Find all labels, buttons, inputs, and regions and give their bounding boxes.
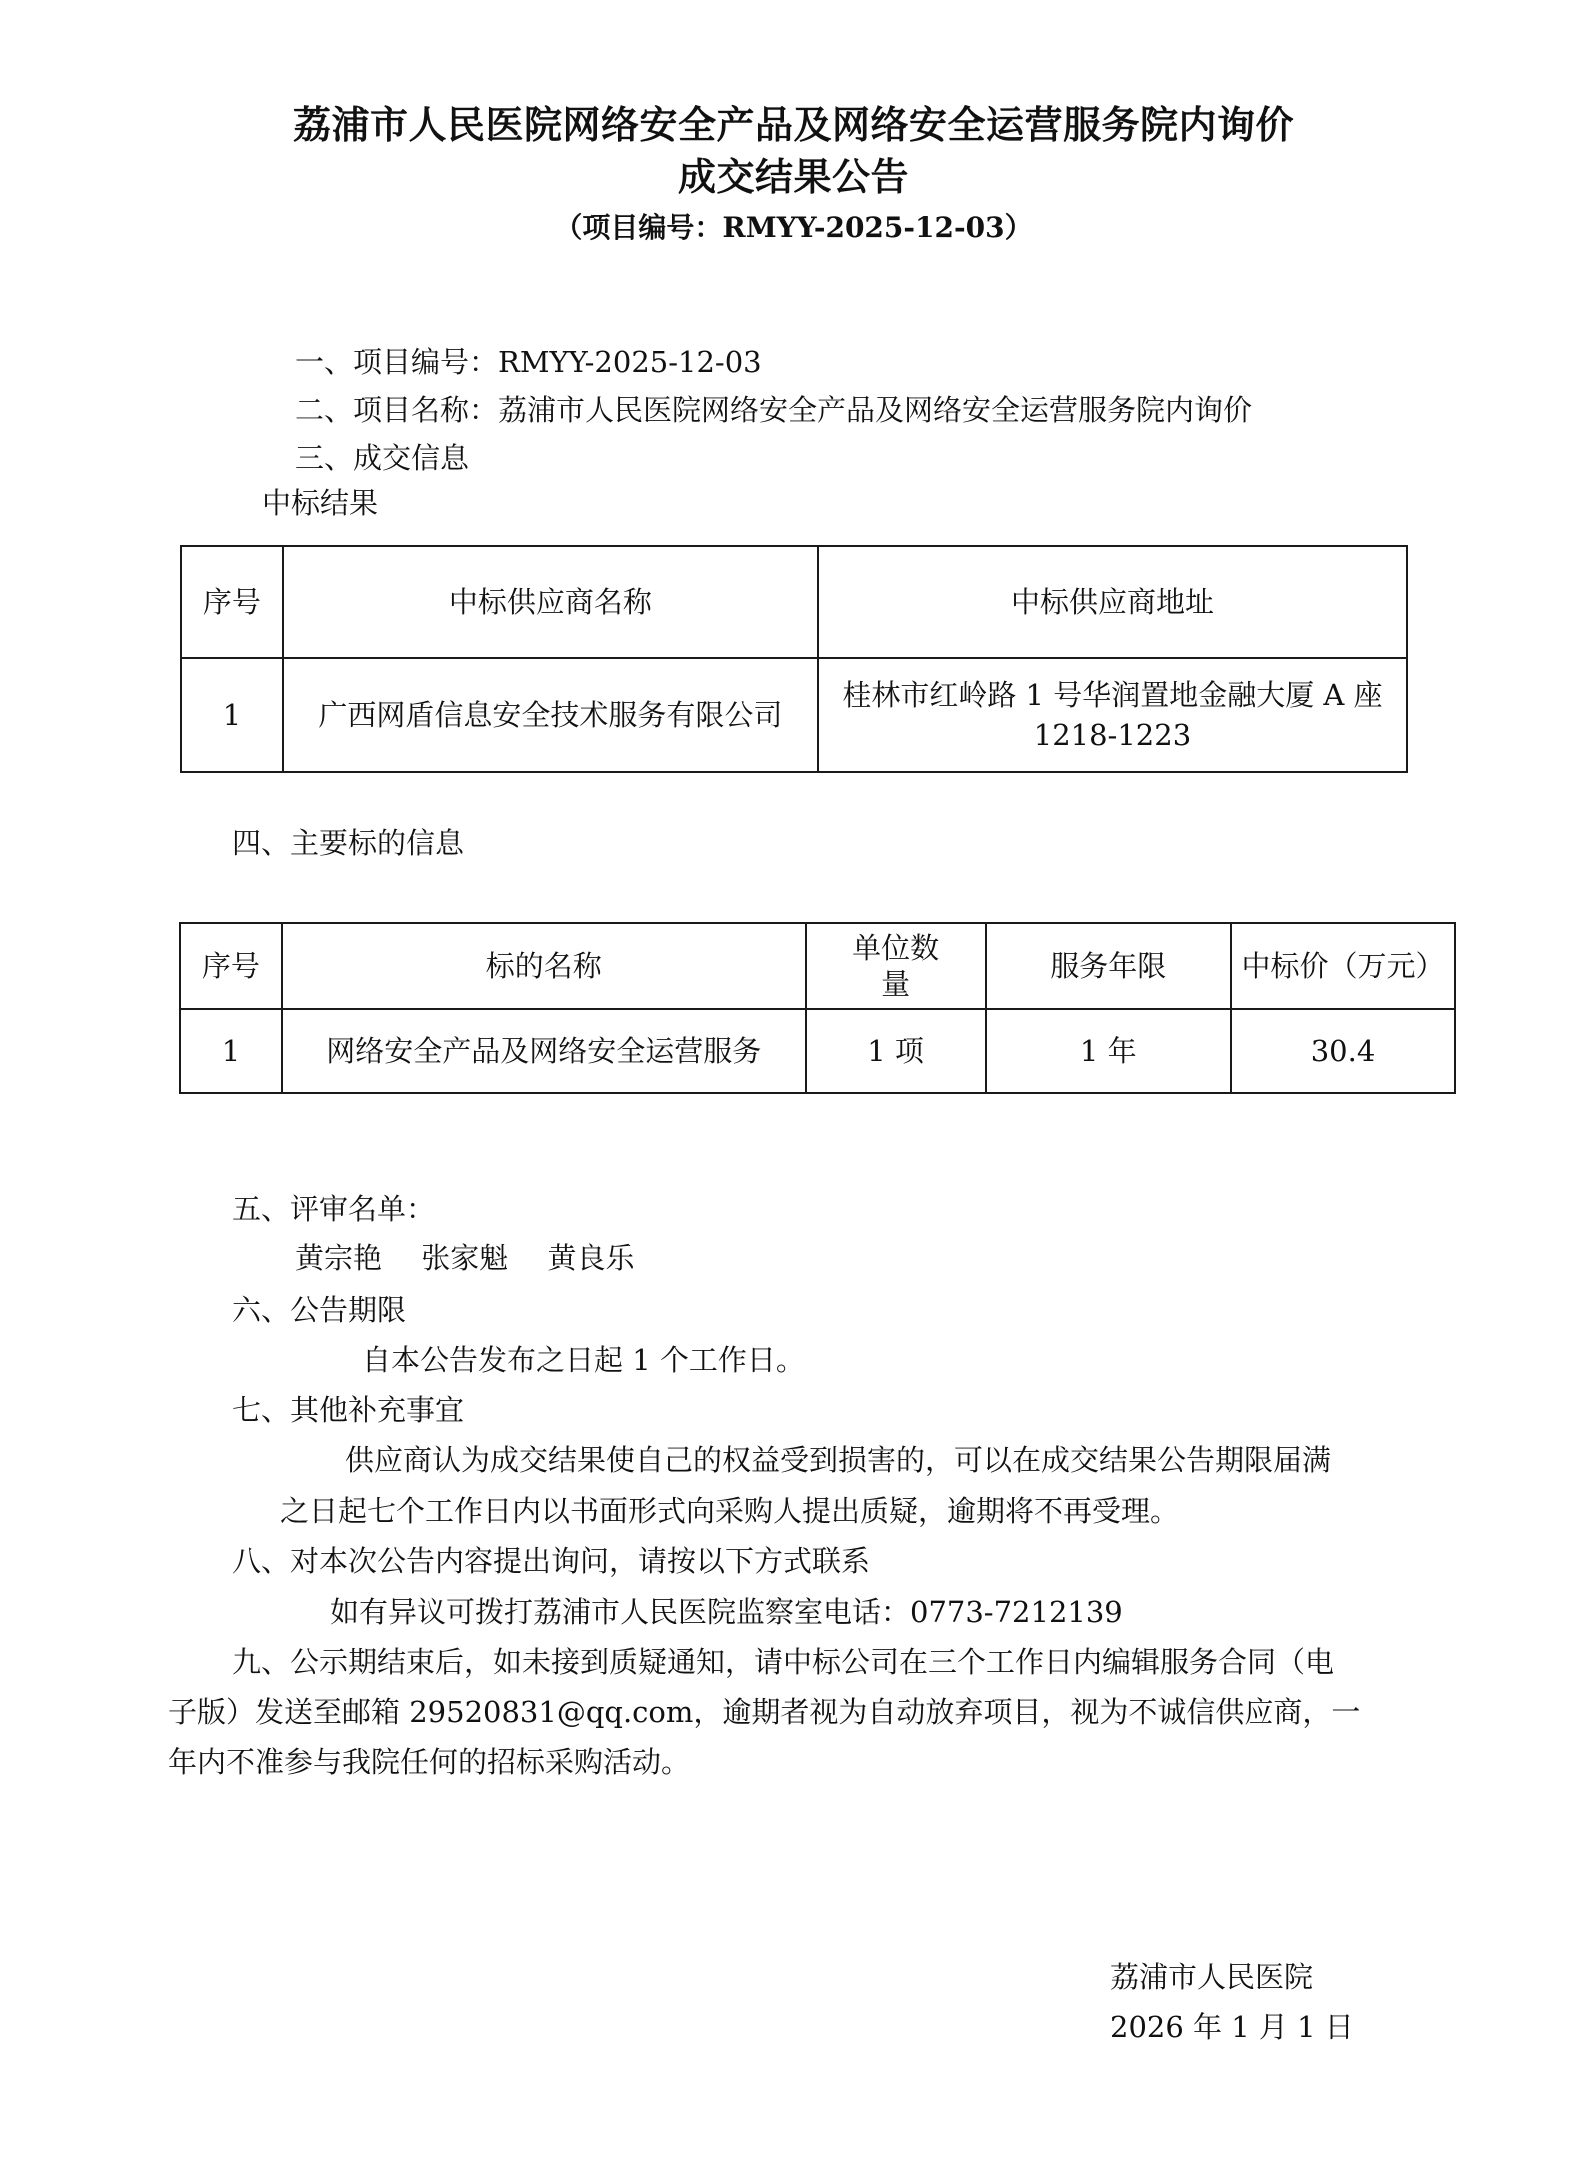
section-other-matters: 七、其他补充事宜 <box>232 1390 464 1430</box>
notice-period-body: 自本公告发布之日起 1 个工作日。 <box>362 1340 805 1380</box>
item-table: 序号 标的名称 单位数量 服务年限 中标价（万元） 1 网络安全产品及网络安全运… <box>179 922 1456 1094</box>
document-title-line1: 荔浦市人民医院网络安全产品及网络安全运营服务院内询价 <box>0 100 1587 150</box>
table-header-row: 序号 标的名称 单位数量 服务年限 中标价（万元） <box>180 923 1455 1009</box>
reviewer-name: 黄宗艳 <box>295 1241 382 1275</box>
cell-item-name: 网络安全产品及网络安全运营服务 <box>282 1009 806 1093</box>
signature-org: 荔浦市人民医院 <box>1110 1957 1313 1997</box>
header-cell-service-years: 服务年限 <box>986 923 1232 1009</box>
inquiry-contact-body: 如有异议可拨打荔浦市人民医院监察室电话：0773-7212139 <box>330 1592 1123 1632</box>
header-cell-index: 序号 <box>180 923 282 1009</box>
section-notice-period: 六、公告期限 <box>232 1290 406 1330</box>
reviewer-name: 黄良乐 <box>547 1241 634 1275</box>
cell-index: 1 <box>181 658 283 772</box>
table-row: 1 广西网盾信息安全技术服务有限公司 桂林市红岭路 1 号华润置地金融大厦 A … <box>181 658 1407 772</box>
section-main-items: 四、主要标的信息 <box>232 823 464 863</box>
section-project-code: 一、项目编号：RMYY-2025-12-03 <box>295 342 762 382</box>
header-cell-supplier-name: 中标供应商名称 <box>283 546 818 658</box>
other-matters-body-line1: 供应商认为成交结果使自己的权益受到损害的，可以在成交结果公告期限届满 <box>345 1440 1331 1480</box>
header-cell-item-name: 标的名称 <box>282 923 806 1009</box>
reviewer-names: 黄宗艳 张家魁 黄良乐 <box>295 1238 634 1278</box>
cell-service-years: 1 年 <box>986 1009 1232 1093</box>
header-cell-unit-qty: 单位数量 <box>806 923 986 1009</box>
section-deal-info: 三、成交信息 <box>295 438 469 478</box>
cell-index: 1 <box>180 1009 282 1093</box>
signature-date: 2026 年 1 月 1 日 <box>1110 2007 1354 2047</box>
header-cell-price: 中标价（万元） <box>1231 923 1455 1009</box>
section-post-notice-line1: 九、公示期结束后，如未接到质疑通知，请中标公司在三个工作日内编辑服务合同（电 <box>232 1642 1334 1682</box>
document-title-line2: 成交结果公告 <box>0 152 1587 202</box>
header-cell-index: 序号 <box>181 546 283 658</box>
section-inquiry-contact: 八、对本次公告内容提出询问，请按以下方式联系 <box>232 1541 870 1581</box>
cell-supplier-name: 广西网盾信息安全技术服务有限公司 <box>283 658 818 772</box>
section-review-list: 五、评审名单： <box>232 1189 435 1229</box>
cell-unit-qty: 1 项 <box>806 1009 986 1093</box>
reviewer-name: 张家魁 <box>421 1241 508 1275</box>
header-cell-supplier-address: 中标供应商地址 <box>818 546 1407 658</box>
winning-result-label: 中标结果 <box>262 483 378 523</box>
table-row: 1 网络安全产品及网络安全运营服务 1 项 1 年 30.4 <box>180 1009 1455 1093</box>
cell-price: 30.4 <box>1231 1009 1455 1093</box>
table-header-row: 序号 中标供应商名称 中标供应商地址 <box>181 546 1407 658</box>
winner-table: 序号 中标供应商名称 中标供应商地址 1 广西网盾信息安全技术服务有限公司 桂林… <box>180 545 1408 773</box>
section-post-notice-line3: 年内不准参与我院任何的招标采购活动。 <box>168 1742 690 1782</box>
project-code-subtitle: （项目编号：RMYY-2025-12-03） <box>0 210 1587 246</box>
section-project-name: 二、项目名称：荔浦市人民医院网络安全产品及网络安全运营服务院内询价 <box>295 390 1252 430</box>
cell-supplier-address: 桂林市红岭路 1 号华润置地金融大厦 A 座 1218-1223 <box>818 658 1407 772</box>
section-post-notice-line2: 子版）发送至邮箱 29520831@qq.com，逾期者视为自动放弃项目，视为不… <box>168 1692 1360 1732</box>
other-matters-body-line2: 之日起七个工作日内以书面形式向采购人提出质疑，逾期将不再受理。 <box>280 1491 1179 1531</box>
